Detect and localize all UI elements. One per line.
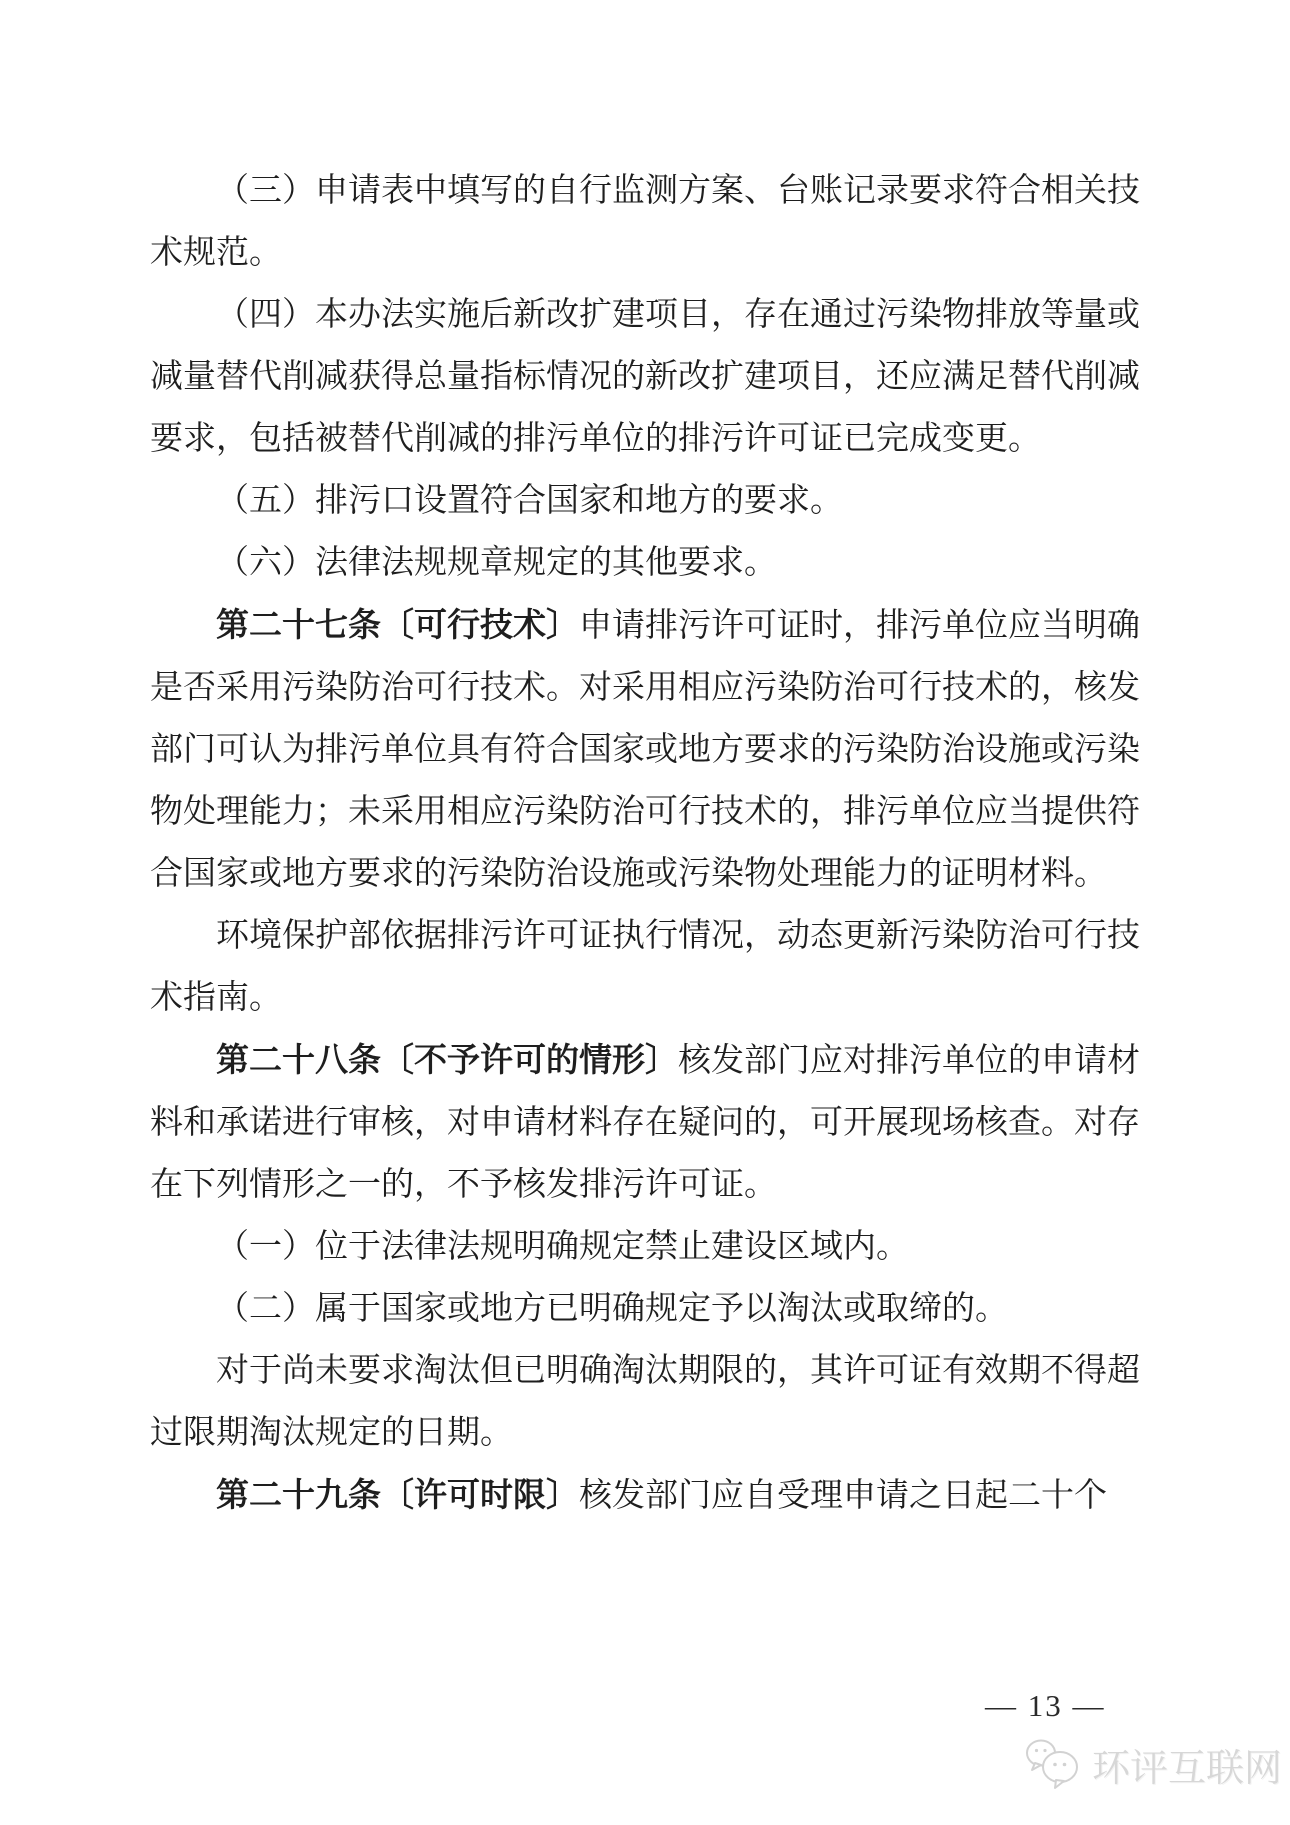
paragraph: 第二十九条〔许可时限〕核发部门应自受理申请之日起二十个	[150, 1464, 1140, 1527]
text-segment: 对于尚未要求淘汰但已明确淘汰期限的，其许可证有效期不得超过限期淘汰规定的日期。	[150, 1353, 1140, 1451]
text-segment: （一）位于法律法规明确规定禁止建设区域内。	[216, 1229, 909, 1265]
article-heading: 第二十九条〔许可时限〕	[216, 1476, 579, 1513]
watermark: 环评互联网	[1022, 1736, 1282, 1792]
article-heading: 第二十八条〔不予许可的情形〕	[216, 1041, 678, 1078]
text-segment: （四）本办法实施后新改扩建项目，存在通过污染物排放等量或减量替代削减获得总量指标…	[150, 297, 1140, 457]
paragraph: 第二十八条〔不予许可的情形〕核发部门应对排污单位的申请材料和承诺进行审核，对申请…	[150, 1029, 1140, 1216]
page-number: — 13 —	[985, 1688, 1106, 1724]
text-segment: 核发部门应自受理申请之日起二十个	[579, 1478, 1107, 1514]
paragraph: （五）排污口设置符合国家和地方的要求。	[150, 470, 1140, 532]
document-page: （三）申请表中填写的自行监测方案、台账记录要求符合相关技术规范。（四）本办法实施…	[0, 0, 1290, 1825]
text-segment: （六）法律法规规章规定的其他要求。	[216, 545, 777, 581]
paragraph: 对于尚未要求淘汰但已明确淘汰期限的，其许可证有效期不得超过限期淘汰规定的日期。	[150, 1340, 1140, 1464]
text-segment: 申请排污许可证时，排污单位应当明确是否采用污染防治可行技术。对采用相应污染防治可…	[150, 608, 1140, 892]
paragraph: 环境保护部依据排污许可证执行情况，动态更新污染防治可行技术指南。	[150, 905, 1140, 1029]
article-heading: 第二十七条〔可行技术〕	[216, 606, 579, 643]
paragraph: （二）属于国家或地方已明确规定予以淘汰或取缔的。	[150, 1278, 1140, 1340]
wechat-chat-bubbles-icon	[1022, 1736, 1084, 1792]
paragraph: （四）本办法实施后新改扩建项目，存在通过污染物排放等量或减量替代削减获得总量指标…	[150, 284, 1140, 470]
text-segment: （二）属于国家或地方已明确规定予以淘汰或取缔的。	[216, 1291, 1008, 1327]
text-segment: （五）排污口设置符合国家和地方的要求。	[216, 483, 843, 519]
document-body: （三）申请表中填写的自行监测方案、台账记录要求符合相关技术规范。（四）本办法实施…	[150, 160, 1140, 1527]
paragraph: （六）法律法规规章规定的其他要求。	[150, 532, 1140, 594]
text-segment: （三）申请表中填写的自行监测方案、台账记录要求符合相关技术规范。	[150, 173, 1140, 271]
paragraph: （一）位于法律法规明确规定禁止建设区域内。	[150, 1216, 1140, 1278]
paragraph: （三）申请表中填写的自行监测方案、台账记录要求符合相关技术规范。	[150, 160, 1140, 284]
watermark-label: 环评互联网	[1092, 1737, 1282, 1792]
paragraph: 第二十七条〔可行技术〕申请排污许可证时，排污单位应当明确是否采用污染防治可行技术…	[150, 594, 1140, 905]
text-segment: 环境保护部依据排污许可证执行情况，动态更新污染防治可行技术指南。	[150, 918, 1140, 1016]
